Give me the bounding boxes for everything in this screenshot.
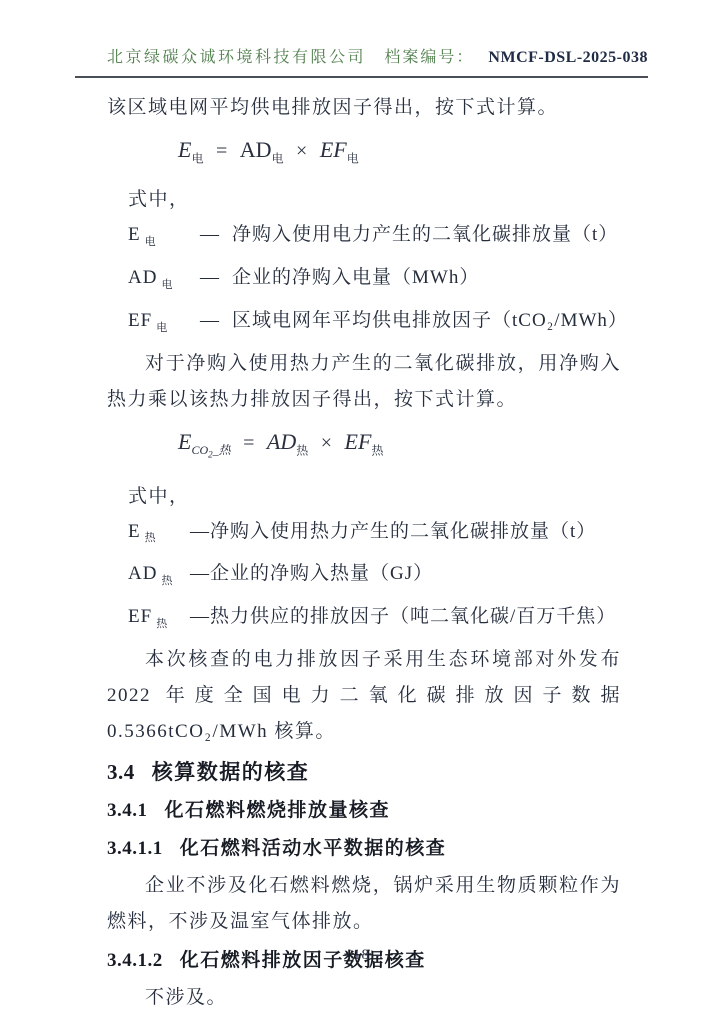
definition-row-ad-elec: AD电 — 企业的净购入电量（MWh）	[128, 260, 621, 303]
formula-term-E: E	[178, 429, 191, 454]
definition-text: 企业的净购入热量（GJ）	[210, 556, 433, 591]
section-title: 化石燃料燃烧排放量核查	[165, 800, 391, 821]
definition-dash: —	[200, 303, 220, 338]
symbol-subscript: 热	[156, 618, 168, 630]
formula-term-EF: EF	[345, 429, 372, 454]
formula-electricity-emissions: E电 = AD电 × EF电	[178, 133, 621, 175]
document-body: 该区域电网平均供电排放因子得出，按下式计算。 E电 = AD电 × EF电 式中…	[107, 90, 621, 1016]
paragraph-grid-factor-intro: 该区域电网平均供电排放因子得出，按下式计算。	[107, 90, 621, 126]
symbol-text: AD	[128, 563, 157, 584]
equals-sign: =	[216, 140, 227, 162]
symbol-subscript: 电	[161, 279, 173, 291]
symbol-text: E	[128, 224, 141, 245]
formula-term-E: E	[178, 137, 191, 162]
paragraph-heat-emissions: 对于净购入使用热力产生的二氧化碳排放，用净购入热力乘以该热力排放因子得出，按下式…	[107, 346, 621, 418]
definition-dash: —	[200, 217, 220, 252]
definition-text: 热力供应的排放因子（吨二氧化碳/百万千焦）	[210, 599, 616, 634]
definition-symbol: AD热	[128, 556, 190, 599]
paragraph-emission-factor-source: 本次核查的电力排放因子采用生态环境部对外发布 2022 年度全国电力二氧化碳排放…	[107, 642, 621, 750]
where-label: 式中，	[128, 479, 621, 514]
definition-symbol: EF电	[128, 303, 200, 346]
section-heading-3-4-1: 3.4.1化石燃料燃烧排放量核查	[107, 793, 621, 828]
formula-term-AD: AD	[267, 429, 296, 454]
where-label: 式中，	[128, 182, 621, 217]
definition-text: 净购入使用热力产生的二氧化碳排放量（t）	[210, 514, 596, 549]
definition-dash: —	[190, 514, 210, 549]
symbol-text: AD	[128, 267, 157, 288]
company-name: 北京绿碳众诚环境科技有限公司	[107, 44, 366, 67]
definition-symbol: E电	[128, 217, 200, 260]
section-number: 3.4	[107, 760, 135, 784]
definition-row-ad-heat: AD热 — 企业的净购入热量（GJ）	[128, 556, 621, 599]
section-heading-3-4-1-1: 3.4.1.1化石燃料活动水平数据的核查	[107, 831, 621, 866]
section-title: 核算数据的核查	[152, 760, 310, 784]
definition-text: 区域电网年平均供电排放因子（tCO₂/MWh）	[232, 303, 628, 338]
page-footer: - 18 -	[0, 947, 723, 964]
definition-row-ef-elec: EF电 — 区域电网年平均供电排放因子（tCO₂/MWh）	[128, 303, 621, 346]
symbol-text: EF	[128, 606, 152, 627]
multiply-sign: ×	[321, 432, 332, 454]
paragraph-no-fossil-fuel: 企业不涉及化石燃料燃烧，锅炉采用生物质颗粒作为燃料，不涉及温室气体排放。	[107, 868, 621, 940]
symbol-subscript: 热	[145, 532, 157, 544]
document-page: 北京绿碳众诚环境科技有限公司 档案编号： NMCF-DSL-2025-038 该…	[0, 0, 723, 1024]
definition-text: 净购入使用电力产生的二氧化碳排放量（t）	[232, 217, 618, 252]
section-heading-3-4: 3.4核算数据的核查	[107, 755, 621, 790]
formula-subscript-dian: 电	[347, 151, 359, 165]
section-number: 3.4.1.1	[107, 838, 163, 859]
symbol-subscript: 电	[156, 322, 168, 334]
definition-dash: —	[190, 556, 210, 591]
formula-subscript-co2-re: CO2_热	[191, 443, 230, 457]
formula-term-EF: EF	[320, 137, 347, 162]
archive-number-value: NMCF-DSL-2025-038	[488, 49, 648, 67]
symbol-subscript: 电	[145, 236, 157, 248]
symbol-text: E	[128, 521, 141, 542]
page-header: 北京绿碳众诚环境科技有限公司 档案编号： NMCF-DSL-2025-038	[75, 44, 648, 78]
definition-row-ef-heat: EF热 — 热力供应的排放因子（吨二氧化碳/百万千焦）	[128, 599, 621, 642]
section-title: 化石燃料活动水平数据的核查	[180, 838, 447, 859]
formula-term-AD: AD	[240, 137, 272, 162]
formula-subscript-dian: 电	[272, 151, 284, 165]
paragraph-not-applicable: 不涉及。	[107, 980, 621, 1016]
archive-number-label: 档案编号：	[384, 44, 474, 67]
definition-symbol: AD电	[128, 260, 200, 303]
multiply-sign: ×	[296, 140, 307, 162]
formula-heat-emissions: ECO2_热 = AD热 × EF热	[178, 425, 621, 472]
section-number: 3.4.1	[107, 800, 148, 821]
definition-dash: —	[200, 260, 220, 295]
definition-symbol: E热	[128, 514, 190, 557]
formula-subscript-dian: 电	[191, 151, 203, 165]
definition-row-e-heat: E热 — 净购入使用热力产生的二氧化碳排放量（t）	[128, 514, 621, 557]
symbol-text: EF	[128, 310, 152, 331]
definition-symbol: EF热	[128, 599, 190, 642]
formula-subscript-re: 热	[296, 443, 308, 457]
definition-row-e-elec: E电 — 净购入使用电力产生的二氧化碳排放量（t）	[128, 217, 621, 260]
symbol-subscript: 热	[161, 575, 173, 587]
subscript-co: CO	[191, 443, 208, 457]
equals-sign: =	[243, 432, 254, 454]
page-number: - 18 -	[342, 947, 381, 963]
definition-text: 企业的净购入电量（MWh）	[232, 260, 479, 295]
subscript-re: _热	[213, 443, 231, 457]
definition-dash: —	[190, 599, 210, 634]
formula-subscript-re: 热	[371, 443, 383, 457]
